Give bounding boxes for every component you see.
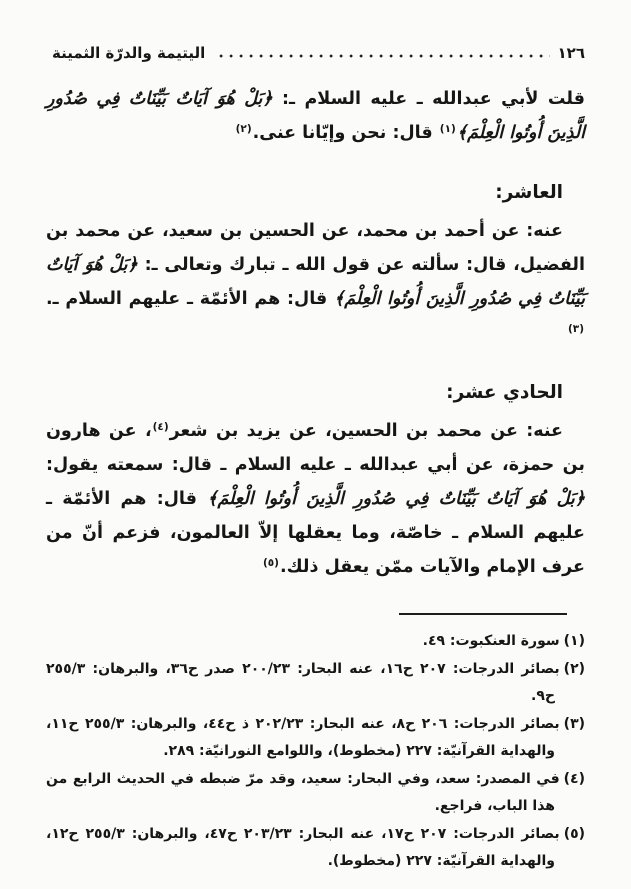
- body-text: قال: هم الأئمّة ـ عليهم السلام ـ.: [46, 289, 334, 309]
- paragraph-hadith-9-continuation: قلت لأبي عبدالله ـ عليه السلام ـ: ﴿بَلْ …: [46, 82, 585, 150]
- body-text: قال: نحن وإيّانا عنى.: [253, 123, 439, 143]
- footnote-item-4: (٤)في المصدر: سعد، وفي البحار: سعيد، وقد…: [46, 766, 585, 821]
- quran-verse: ﴿بَلْ هُوَ آيَاتٌ بَيِّنَاتٌ فِي صُدُورِ…: [207, 489, 585, 509]
- footnote-text: بصائر الدرجات: ٢٠٧ ح١٦، عنه البحار: ٢٠٠/…: [46, 661, 560, 705]
- page-body: قلت لأبي عبدالله ـ عليه السلام ـ: ﴿بَلْ …: [46, 82, 585, 584]
- footnote-ref-3: (٣): [568, 323, 584, 335]
- footnote-item-3: (٣)بصائر الدرجات: ٢٠٦ ح٨، عنه البحار: ٢٠…: [46, 711, 585, 766]
- footnote-ref-4: (٤): [153, 421, 169, 433]
- footnote-marker: (٥): [564, 826, 585, 842]
- body-text: عنه: عن محمد بن الحسين، عن يزيد بن شعر: [170, 421, 563, 441]
- footnote-marker: (٤): [564, 771, 585, 787]
- footnote-marker: (٢): [564, 661, 585, 677]
- paragraph-hadith-10: عنه: عن أحمد بن محمد، عن الحسين بن سعيد،…: [46, 214, 585, 350]
- footnote-item-1: (١)سورة العنكبوت: ٤٩.: [46, 628, 585, 656]
- footnote-text: بصائر الدرجات: ٢٠٦ ح٨، عنه البحار: ٢٠٢/٢…: [46, 716, 560, 760]
- footnote-marker: (١): [564, 633, 585, 649]
- dot-leader: [213, 54, 549, 58]
- section-heading-tenth: العاشر:: [46, 176, 585, 210]
- footnote-item-2: (٢)بصائر الدرجات: ٢٠٧ ح١٦، عنه البحار: ٢…: [46, 656, 585, 711]
- running-title: اليتيمة والدرّة الثمينة: [52, 44, 205, 62]
- footnote-divider: [399, 613, 567, 615]
- footnote-item-5: (٥)بصائر الدرجات: ٢٠٧ ح١٧، عنه البحار: ٢…: [46, 821, 585, 876]
- footnote-ref-1: (١): [440, 123, 456, 135]
- book-page: ١٢٦ اليتيمة والدرّة الثمينة قلت لأبي عبد…: [0, 0, 631, 889]
- page-number: ١٢٦: [558, 44, 585, 62]
- footnote-ref-2: (٢): [236, 123, 252, 135]
- section-heading-eleventh: الحادي عشر:: [46, 376, 585, 410]
- paragraph-hadith-11: عنه: عن محمد بن الحسين، عن يزيد بن شعر(٤…: [46, 414, 585, 584]
- footnote-ref-5: (٥): [263, 557, 279, 569]
- body-text: قلت لأبي عبدالله ـ عليه السلام ـ:: [273, 89, 585, 109]
- footnote-marker: (٣): [564, 716, 585, 732]
- page-header: ١٢٦ اليتيمة والدرّة الثمينة: [0, 0, 631, 62]
- footnotes-block: (١)سورة العنكبوت: ٤٩. (٢)بصائر الدرجات: …: [46, 628, 585, 876]
- footnote-text: بصائر الدرجات: ٢٠٧ ح١٧، عنه البحار: ٢٠٣/…: [46, 826, 560, 870]
- footnote-text: في المصدر: سعد، وفي البحار: سعيد، وقد مر…: [46, 771, 560, 815]
- footnote-text: سورة العنكبوت: ٤٩.: [423, 633, 560, 649]
